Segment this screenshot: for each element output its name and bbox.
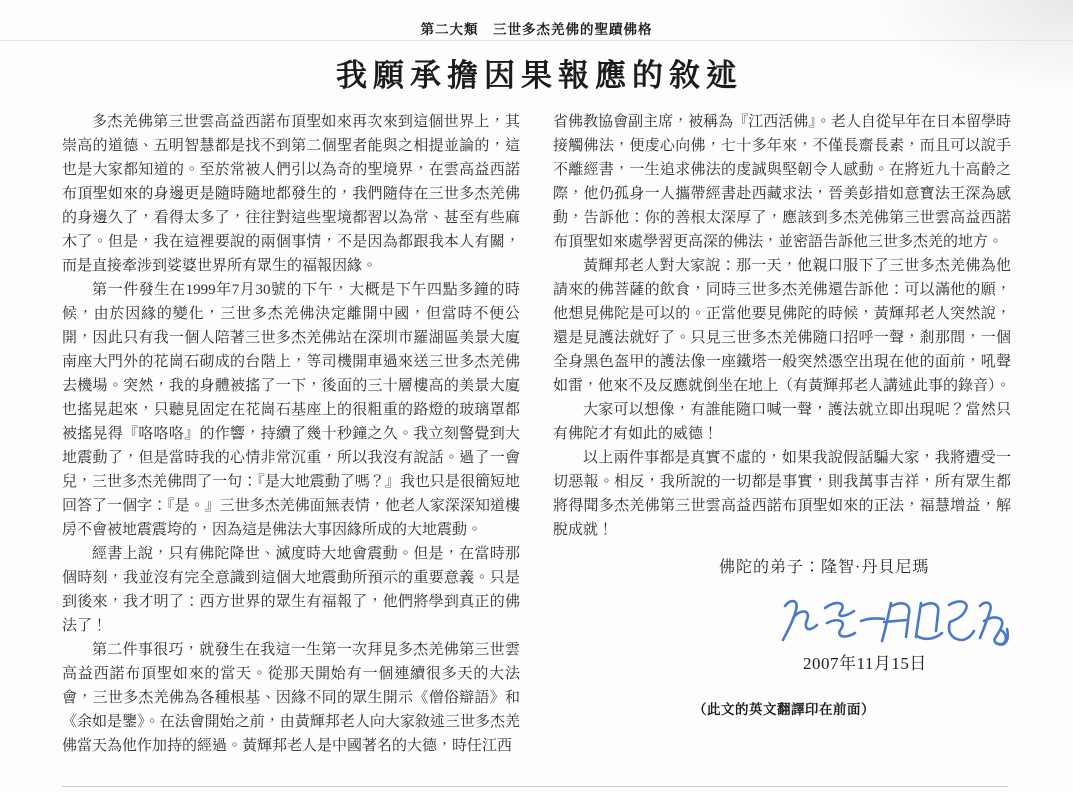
paragraph: 大家可以想像，有誰能隨口喊一聲，護法就立即出現呢？當然只有佛陀才有如此的威德！ bbox=[553, 398, 1011, 446]
handwritten-signature bbox=[777, 590, 1009, 648]
paragraph: 經書上說，只有佛陀降世、滅度時大地會震動。但是，在當時那個時刻，我並沒有完全意識… bbox=[62, 542, 520, 638]
paragraph: 黃輝邦老人對大家說：那一天，他親口服下了三世多杰羌佛為他請來的佛菩薩的飲食，同時… bbox=[553, 254, 1011, 398]
paragraph: 第二件事很巧，就發生在我這一生第一次拜見多杰羌佛第三世雲高益西諾布頂聖如來的當天… bbox=[62, 638, 520, 758]
text-column-right: 省佛教協會副主席，被稱為『江西活佛』。老人自從早年在日本留學時接觸佛法，便虔心向… bbox=[553, 110, 1011, 722]
page-header: 第二大類 三世多杰羌佛的聖蹟佛格 bbox=[0, 18, 1073, 38]
paragraph: 省佛教協會副主席，被稱為『江西活佛』。老人自從早年在日本留學時接觸佛法，便虔心向… bbox=[553, 110, 1011, 254]
signature-caption: 佛陀的弟子：隆智·丹貝尼瑪 bbox=[553, 556, 1011, 580]
paragraph: 第一件發生在1999年7月30號的下午，大概是下午四點多鐘的時候，由於因緣的變化… bbox=[62, 278, 520, 542]
paragraph: 以上兩件事都是真實不虛的，如果我說假話騙大家，我將遭受一切惡報。相反，我所說的一… bbox=[553, 446, 1011, 542]
footer-rule bbox=[62, 786, 1008, 787]
text-column-left: 多杰羌佛第三世雲高益西諾布頂聖如來再次來到這個世界上，其崇高的道德、五明智慧都是… bbox=[62, 110, 520, 758]
document-page: 第二大類 三世多杰羌佛的聖蹟佛格 我願承擔因果報應的敘述 多杰羌佛第三世雲高益西… bbox=[0, 0, 1073, 793]
translation-note: （此文的英文翻譯印在前面） bbox=[553, 698, 1011, 722]
signature-date: 2007年11月15日 bbox=[553, 652, 1011, 676]
header-rule bbox=[0, 40, 1073, 41]
paragraph: 多杰羌佛第三世雲高益西諾布頂聖如來再次來到這個世界上，其崇高的道德、五明智慧都是… bbox=[62, 110, 520, 278]
page-title: 我願承擔因果報應的敘述 bbox=[0, 50, 1073, 95]
